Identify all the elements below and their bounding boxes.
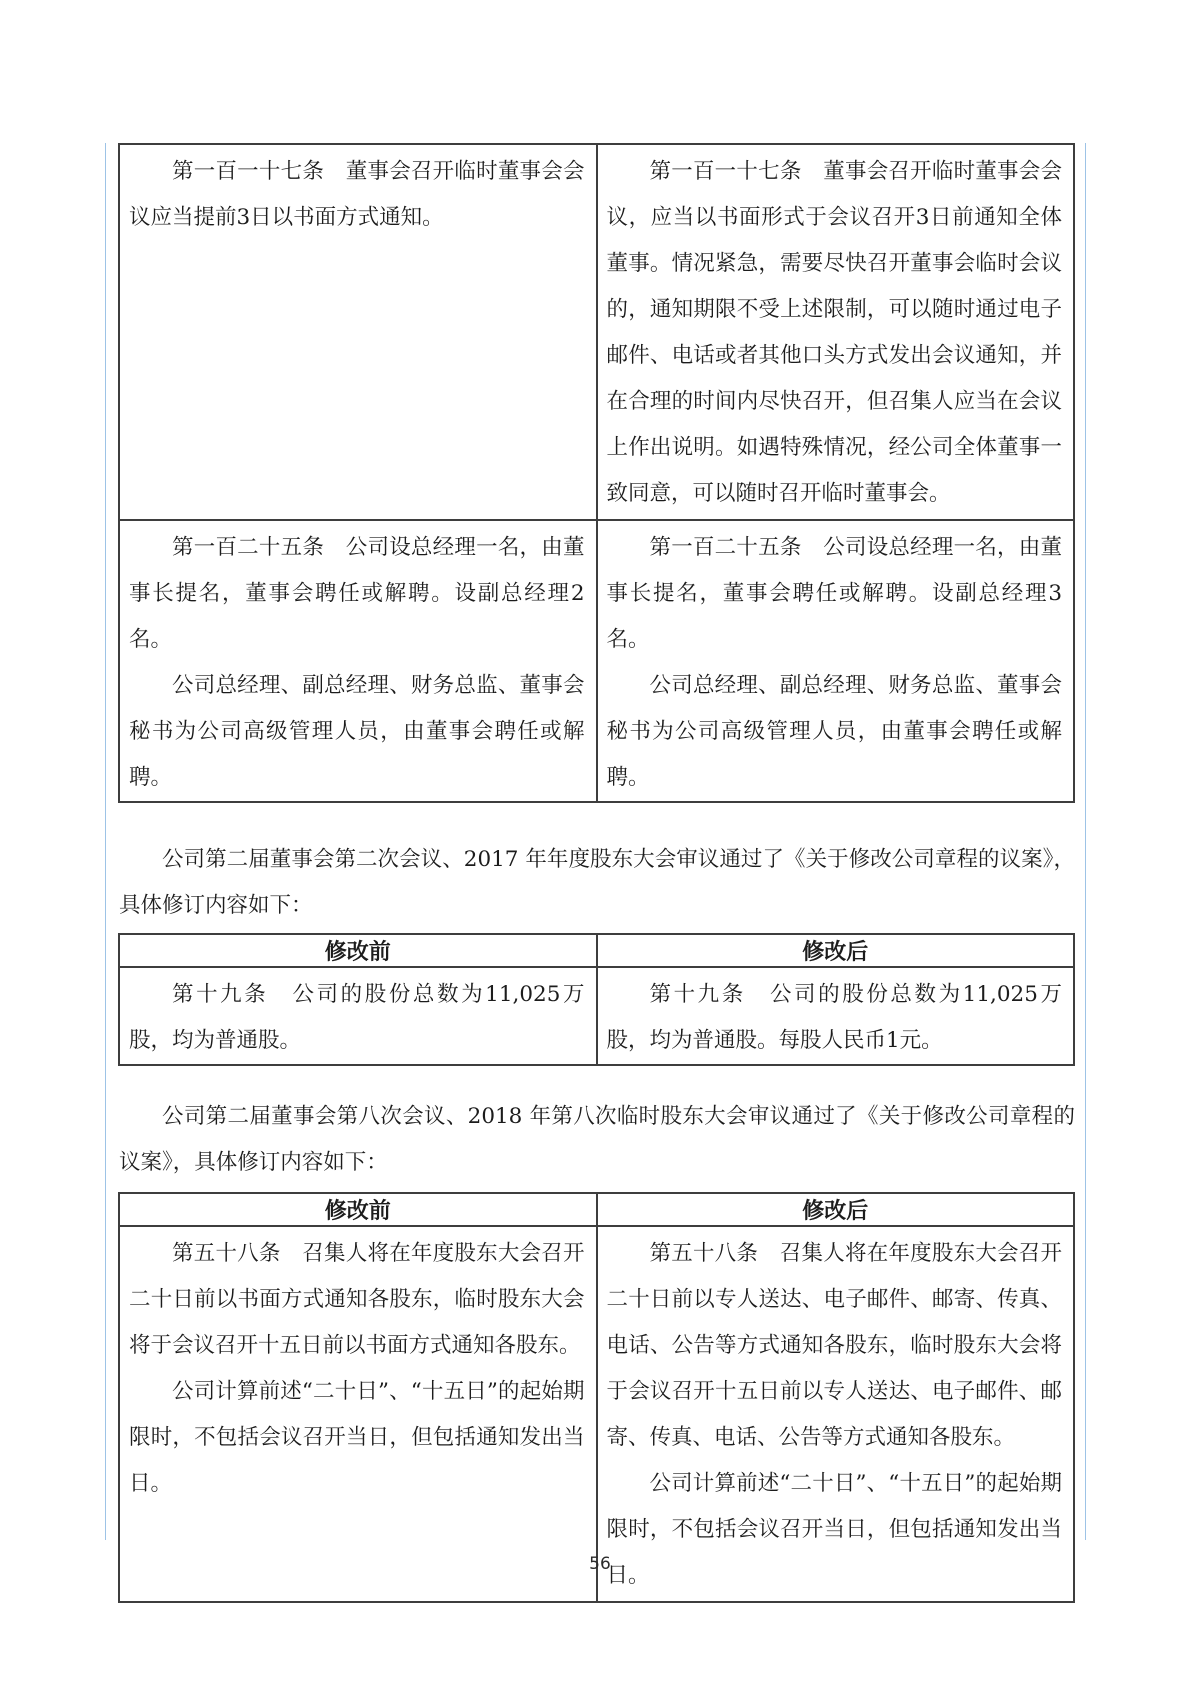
cell-article-125-after: 第一百二十五条 公司设总经理一名，由董事长提名，董事会聘任或解聘。设副总经理3名… bbox=[597, 520, 1075, 802]
article-58-before-paragraph-1: 第五十八条 召集人将在年度股东大会召开二十日前以书面方式通知各股东，临时股东大会… bbox=[129, 1231, 585, 1369]
cell-article-117-after: 第一百一十七条 董事会召开临时董事会会议，应当以书面形式于会议召开3日前通知全体… bbox=[597, 144, 1075, 520]
intro-paragraph-2018-meeting: 公司第二届董事会第八次会议、2018 年第八次临时股东大会审议通过了《关于修改公… bbox=[119, 1094, 1075, 1186]
cell-article-117-before: 第一百一十七条 董事会召开临时董事会会议应当提前3日以书面方式通知。 bbox=[119, 144, 597, 520]
intro-paragraph-2017-meeting: 公司第二届董事会第二次会议、2017 年年度股东大会审议通过了《关于修改公司章程… bbox=[119, 837, 1075, 929]
column-header-before: 修改前 bbox=[119, 934, 597, 967]
amendment-table-article-58: 修改前 修改后 第五十八条 召集人将在年度股东大会召开二十日前以书面方式通知各股… bbox=[118, 1192, 1075, 1603]
cell-article-19-before: 第十九条 公司的股份总数为11,025万股，均为普通股。 bbox=[119, 967, 597, 1065]
cell-article-19-after: 第十九条 公司的股份总数为11,025万股，均为普通股。每股人民币1元。 bbox=[597, 967, 1075, 1065]
article-117-after-text: 第一百一十七条 董事会召开临时董事会会议，应当以书面形式于会议召开3日前通知全体… bbox=[607, 149, 1063, 517]
article-125-before-paragraph-2: 公司总经理、副总经理、财务总监、董事会秘书为公司高级管理人员，由董事会聘任或解聘… bbox=[129, 663, 585, 801]
table-row-article-117: 第一百一十七条 董事会召开临时董事会会议应当提前3日以书面方式通知。 第一百一十… bbox=[119, 144, 1074, 520]
article-125-after-paragraph-2: 公司总经理、副总经理、财务总监、董事会秘书为公司高级管理人员，由董事会聘任或解聘… bbox=[607, 663, 1063, 801]
cell-article-125-before: 第一百二十五条 公司设总经理一名，由董事长提名，董事会聘任或解聘。设副总经理2名… bbox=[119, 520, 597, 802]
article-58-after-paragraph-2: 公司计算前述“二十日”、“十五日”的起始期限时，不包括会议召开当日，但包括通知发… bbox=[607, 1461, 1063, 1599]
column-header-after: 修改后 bbox=[597, 1193, 1075, 1226]
table-row-article-19: 第十九条 公司的股份总数为11,025万股，均为普通股。 第十九条 公司的股份总… bbox=[119, 967, 1074, 1065]
article-117-before-text: 第一百一十七条 董事会召开临时董事会会议应当提前3日以书面方式通知。 bbox=[129, 149, 585, 241]
article-58-after-paragraph-1: 第五十八条 召集人将在年度股东大会召开二十日前以专人送达、电子邮件、邮寄、传真、… bbox=[607, 1231, 1063, 1461]
article-125-before-paragraph-1: 第一百二十五条 公司设总经理一名，由董事长提名，董事会聘任或解聘。设副总经理2名… bbox=[129, 525, 585, 663]
article-19-after-text: 第十九条 公司的股份总数为11,025万股，均为普通股。每股人民币1元。 bbox=[607, 972, 1063, 1064]
table-header-row: 修改前 修改后 bbox=[119, 1193, 1074, 1226]
table-row-article-125: 第一百二十五条 公司设总经理一名，由董事长提名，董事会聘任或解聘。设副总经理2名… bbox=[119, 520, 1074, 802]
amendment-table-article-19: 修改前 修改后 第十九条 公司的股份总数为11,025万股，均为普通股。 第十九… bbox=[118, 933, 1075, 1066]
cell-article-58-before: 第五十八条 召集人将在年度股东大会召开二十日前以书面方式通知各股东，临时股东大会… bbox=[119, 1226, 597, 1602]
page-number: 56 bbox=[0, 1554, 1200, 1574]
column-header-before: 修改前 bbox=[119, 1193, 597, 1226]
table-header-row: 修改前 修改后 bbox=[119, 934, 1074, 967]
article-58-before-paragraph-2: 公司计算前述“二十日”、“十五日”的起始期限时，不包括会议召开当日，但包括通知发… bbox=[129, 1369, 585, 1507]
article-19-before-text: 第十九条 公司的股份总数为11,025万股，均为普通股。 bbox=[129, 972, 585, 1064]
column-header-after: 修改后 bbox=[597, 934, 1075, 967]
table-row-article-58: 第五十八条 召集人将在年度股东大会召开二十日前以书面方式通知各股东，临时股东大会… bbox=[119, 1226, 1074, 1602]
cell-article-58-after: 第五十八条 召集人将在年度股东大会召开二十日前以专人送达、电子邮件、邮寄、传真、… bbox=[597, 1226, 1075, 1602]
text-boundary-frame: 第一百一十七条 董事会召开临时董事会会议应当提前3日以书面方式通知。 第一百一十… bbox=[105, 143, 1086, 1540]
article-125-after-paragraph-1: 第一百二十五条 公司设总经理一名，由董事长提名，董事会聘任或解聘。设副总经理3名… bbox=[607, 525, 1063, 663]
amendment-table-articles-117-125: 第一百一十七条 董事会召开临时董事会会议应当提前3日以书面方式通知。 第一百一十… bbox=[118, 143, 1075, 803]
